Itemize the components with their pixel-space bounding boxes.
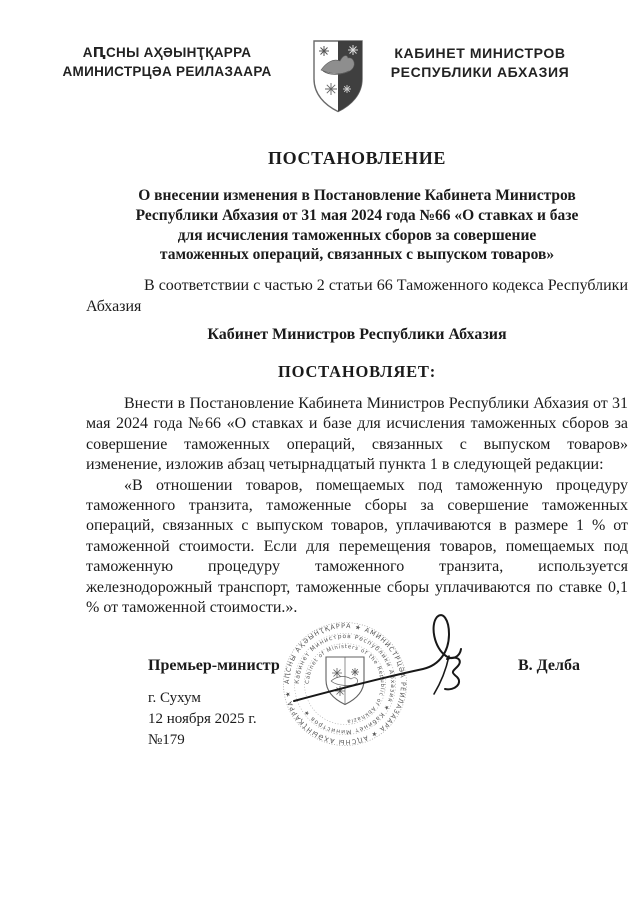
doc-title-line: таможенных операций, связанных с выпуско…	[86, 245, 628, 265]
org-abkhaz-line2: АМИНИСТРЦӘА РЕИЛАЗААРА	[60, 63, 274, 82]
resolves-heading: ПОСТАНОВЛЯЕТ:	[86, 362, 628, 382]
doc-title-line: Республики Абхазия от 31 мая 2024 года №…	[86, 206, 628, 226]
issuer-line: Кабинет Министров Республики Абхазия	[86, 326, 628, 344]
coat-of-arms-icon	[309, 37, 367, 114]
decree-body: Внести в Постановление Кабинета Министро…	[86, 394, 628, 618]
issue-city: г. Сухум	[148, 690, 201, 707]
signature-autograph	[240, 606, 475, 711]
doc-type-heading: ПОСТАНОВЛЕНИЕ	[86, 148, 628, 169]
org-abkhaz-line1: АԤСНЫ АҲӘЫНҬҚАРРА	[60, 44, 274, 63]
header-org-abkhaz: АԤСНЫ АҲӘЫНҬҚАРРА АМИНИСТРЦӘА РЕИЛАЗААРА	[60, 44, 274, 81]
issue-date: 12 ноября 2025 г.	[148, 711, 257, 728]
body-paragraph-2: «В отношении товаров, помещаемых под там…	[86, 476, 628, 619]
doc-title-line: для исчисления таможенных сборов за сове…	[86, 226, 628, 246]
doc-title-line: О внесении изменения в Постановление Каб…	[86, 186, 628, 206]
org-russian-line2: РЕСПУБЛИКИ АБХАЗИЯ	[378, 63, 582, 82]
doc-title: О внесении изменения в Постановление Каб…	[86, 186, 628, 265]
org-russian-line1: КАБИНЕТ МИНИСТРОВ	[378, 44, 582, 63]
scanned-decree-page: АԤСНЫ АҲӘЫНҬҚАРРА АМИНИСТРЦӘА РЕИЛАЗААРА…	[0, 0, 640, 905]
preamble-paragraph: В соответствии с частью 2 статьи 66 Тамо…	[86, 276, 628, 317]
signer-name: В. Делба	[518, 657, 580, 675]
body-paragraph-1: Внести в Постановление Кабинета Министро…	[86, 394, 628, 476]
decree-number: №179	[148, 732, 185, 749]
header-org-russian: КАБИНЕТ МИНИСТРОВ РЕСПУБЛИКИ АБХАЗИЯ	[378, 44, 582, 81]
